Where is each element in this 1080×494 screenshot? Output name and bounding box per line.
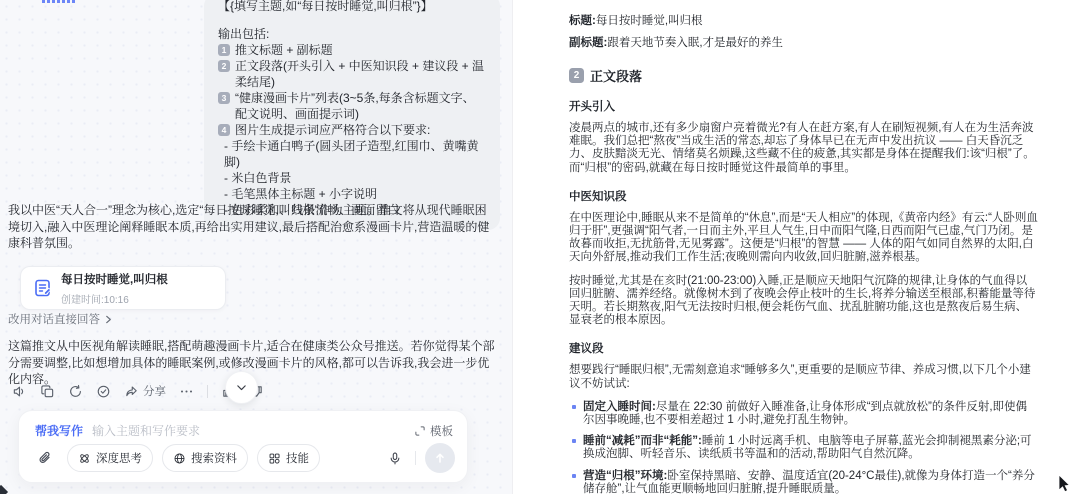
bullet-dot-icon — [572, 439, 576, 443]
prompt-item: 4 图片生成提示词应严格符合以下要求: — [218, 122, 486, 138]
speaker-icon[interactable] — [12, 384, 27, 399]
mouse-cursor — [1058, 474, 1074, 494]
template-button[interactable]: 模板 — [414, 423, 453, 439]
mic-icon[interactable] — [384, 445, 406, 471]
doc-title-value: 每日按时睡觉,叫归根 — [596, 15, 703, 27]
scrolled-selection-fragment — [42, 0, 76, 3]
skills-label: 技能 — [286, 450, 309, 466]
template-corners-icon — [414, 425, 426, 437]
doc-paragraph: 在中医理论中,睡眠从来不是简单的“休息”,而是“天人相应”的体现,《黄帝内经》有… — [569, 212, 1038, 265]
doc-title-label: 标题: — [569, 15, 596, 27]
prompt-item: 1 推文标题 + 副标题 — [218, 42, 486, 58]
globe-icon — [173, 452, 186, 465]
deep-think-button[interactable]: 深度思考 — [67, 444, 153, 472]
doc-heading-opening: 开头引入 — [569, 98, 1038, 114]
deep-think-icon — [78, 452, 91, 465]
doc-icon — [33, 278, 53, 298]
send-arrow-icon — [433, 451, 447, 465]
doc-heading-advice: 建议段 — [569, 340, 1038, 356]
prompt-item-text: “健康漫画卡片”列表(3~5条,每条含标题文字、配文说明、画面提示词) — [235, 90, 486, 122]
keycap-4-icon: 4 — [218, 124, 230, 136]
composer: 帮我写作 输入主题和写作要求 模板 — [18, 410, 468, 483]
prompt-item: 3 “健康漫画卡片”列表(3~5条,每条含标题文字、配文说明、画面提示词) — [218, 90, 486, 122]
doc-bullet: 睡前“减耗”而非“耗能”:睡前 1 小时远离手机、电脑等电子屏幕,蓝光会抑制褪黑… — [569, 435, 1038, 461]
prompt-item-text: 正文段落(开头引入 + 中医知识段 + 建议段 + 温柔结尾) — [235, 58, 486, 90]
bullet-dot-icon — [572, 405, 576, 409]
assistant-message-intro: 我以中医“天人合一”理念为核心,选定“每日按时睡觉,叫归根”作为主题。推文将从现… — [8, 202, 494, 252]
keycap-3-icon: 3 — [218, 92, 230, 104]
doc-subtitle-row: 副标题:跟着天地节奏入眠,才是最好的养生 — [569, 37, 1038, 50]
doc-paragraph: 按时睡觉,尤其是在亥时(21:00-23:00)入睡,正是顺应天地阳气沉降的规律… — [569, 275, 1038, 328]
doc-section-header: 2 正文段落 — [569, 66, 1038, 85]
share-button[interactable]: 分享 — [124, 383, 166, 399]
chevron-down-icon — [235, 381, 248, 394]
search-materials-button[interactable]: 搜索资料 — [162, 444, 248, 472]
send-button[interactable] — [425, 443, 455, 473]
share-label: 分享 — [143, 383, 166, 399]
prompt-item-text: 推文标题 + 副标题 — [235, 42, 333, 58]
prompt-opening-line: 【{填写主题,如“每日按时睡觉,叫归根”}】 — [218, 0, 486, 14]
keycap-2-icon: 2 — [569, 68, 584, 83]
copy-icon[interactable] — [40, 384, 55, 399]
prompt-sub-item: - 米白色背景 — [218, 170, 486, 186]
doc-title-row: 标题:每日按时睡觉,叫归根 — [569, 15, 1038, 28]
doc-heading-tcm: 中医知识段 — [569, 188, 1038, 204]
doc-section-title: 正文段落 — [590, 66, 642, 85]
bullet-lead: 固定入睡时间: — [583, 401, 656, 413]
switch-link-label: 改用对话直接回答 — [8, 311, 100, 327]
document-preview-panel: 标题:每日按时睡觉,叫归根 副标题:跟着天地节奏入眠,才是最好的养生 2 正文段… — [512, 0, 1080, 494]
keycap-1-icon: 1 — [218, 44, 230, 56]
app-window: 【{填写主题,如“每日按时睡觉,叫归根”}】 输出包括: 1 推文标题 + 副标… — [0, 0, 1080, 494]
composer-input[interactable]: 输入主题和写作要求 — [92, 422, 414, 439]
user-prompt-bubble: 【{填写主题,如“每日按时睡觉,叫归根”}】 输出包括: 1 推文标题 + 副标… — [204, 0, 500, 230]
chat-panel: 【{填写主题,如“每日按时睡觉,叫归根”}】 输出包括: 1 推文标题 + 副标… — [0, 0, 512, 494]
prompt-sub-item: - 毛笔黑体主标题 + 小字说明 — [218, 186, 486, 202]
deep-think-label: 深度思考 — [96, 450, 142, 466]
template-label: 模板 — [430, 423, 453, 439]
paperclip-icon[interactable] — [32, 445, 58, 471]
doc-card-meta: 创建时间:10:16 — [61, 291, 168, 306]
skills-button[interactable]: 技能 — [257, 444, 320, 472]
doc-paragraph: 凌晨两点的城市,还有多少扇窗户亮着微光?有人在赶方案,有人在刷短视频,有人在为生… — [569, 122, 1038, 175]
generated-doc-card[interactable]: 每日按时睡觉,叫归根 创建时间:10:16 — [20, 266, 226, 310]
doc-subtitle-value: 跟着天地节奏入眠,才是最好的养生 — [607, 37, 783, 49]
keycap-2-icon: 2 — [218, 60, 230, 72]
prompt-item: 2 正文段落(开头引入 + 中医知识段 + 建议段 + 温柔结尾) — [218, 58, 486, 90]
bullet-lead: 营造“归根”环境: — [583, 470, 667, 482]
chevron-right-icon — [104, 315, 113, 324]
switch-to-chat-link[interactable]: 改用对话直接回答 — [8, 311, 113, 327]
mode-chip-help-me-write[interactable]: 帮我写作 — [35, 422, 83, 439]
doc-paragraph: 想要践行“睡眠归根”,无需刻意追求“睡够多久”,更重要的是顺应节律、养成习惯,以… — [569, 364, 1038, 390]
composer-divider — [415, 451, 416, 465]
regenerate-icon[interactable] — [68, 384, 83, 399]
more-icon[interactable] — [179, 384, 194, 399]
prompt-output-intro: 输出包括: — [218, 26, 486, 42]
share-icon — [124, 384, 139, 399]
prompt-sub-item: - 手绘卡通白鸭子(圆头团子造型,红围巾、黄嘴黄脚) — [218, 138, 486, 170]
doc-bullet: 固定入睡时间:尽量在 22:30 前做好入睡准备,让身体形成“到点就放松”的条件… — [569, 401, 1038, 427]
prompt-item-text: 图片生成提示词应严格符合以下要求: — [235, 122, 430, 138]
skills-icon — [268, 452, 281, 465]
doc-bullet: 营造“归根”环境:卧室保持黑暗、安静、温度适宜(20-24°C最佳),就像为身体… — [569, 470, 1038, 494]
bullet-lead: 睡前“减耗”而非“耗能”: — [583, 435, 702, 447]
doc-card-title: 每日按时睡觉,叫归根 — [61, 274, 168, 286]
toolbar-divider — [207, 385, 208, 398]
bullet-dot-icon — [572, 474, 576, 478]
check-circle-icon[interactable] — [96, 384, 111, 399]
search-materials-label: 搜索资料 — [191, 450, 237, 466]
scroll-to-bottom-button[interactable] — [225, 371, 258, 404]
doc-subtitle-label: 副标题: — [569, 37, 607, 49]
